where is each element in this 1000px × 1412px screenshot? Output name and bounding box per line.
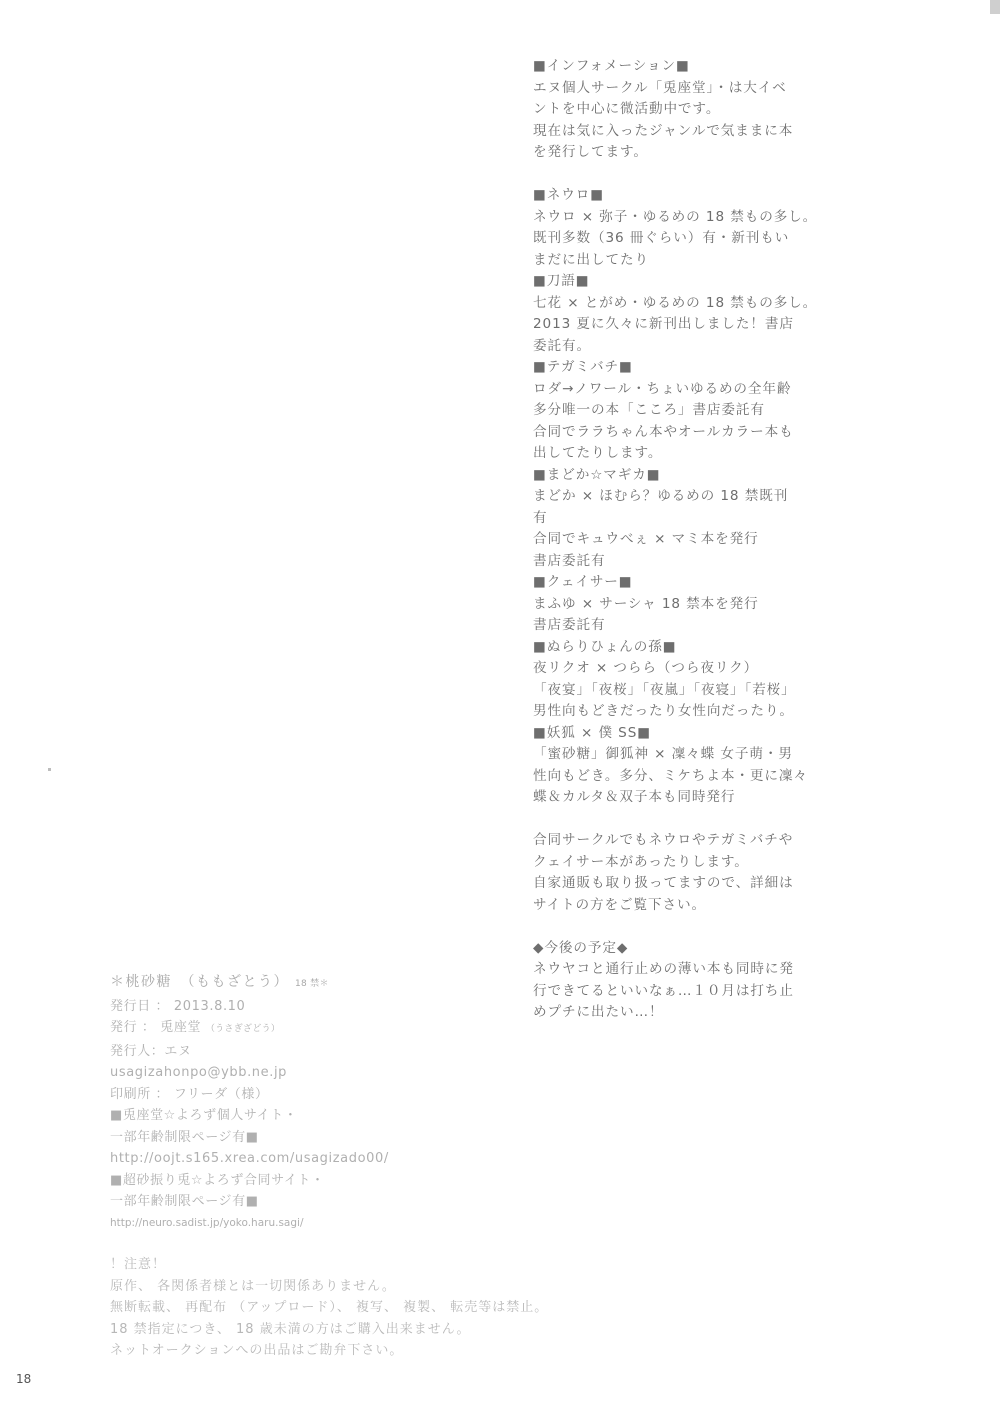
page-number: 18 (16, 1372, 31, 1386)
info-line: 男性向もどきだったり女性向だったり。 (533, 701, 863, 723)
colophon: ＊桃砂糖 （ももざとう） 18 禁＊ 発行日 ： 2013.8.10 発行 ： … (110, 972, 440, 1234)
section-heading: ■クェイサー■ (533, 572, 863, 594)
email-address[interactable]: usagizahonpo@ybb.ne.jp (110, 1062, 440, 1084)
spacer (533, 164, 863, 186)
info-line: ネウロ × 弥子・ゆるめの 18 禁もの多し。 (533, 207, 863, 229)
author: 発行人：エヌ (110, 1041, 440, 1063)
spacer (533, 809, 863, 831)
info-line: ロダ→ノワール・ちょいゆるめの全年齢 (533, 379, 863, 401)
notice-line: ネットオークションへの出品はご勘弁下さい。 (110, 1340, 710, 1362)
info-line: 合同でララちゃん本やオールカラー本も (533, 422, 863, 444)
spacer (533, 916, 863, 938)
rating-label: 18 禁＊ (295, 979, 329, 989)
publisher-name: 発行 ： 兎座堂 (110, 1020, 201, 1035)
notice-line: 18 禁指定につき、 18 歳未満の方はご購入出来ません。 (110, 1319, 710, 1341)
section-heading: ■まどか☆マギカ■ (533, 465, 863, 487)
info-line: 書店委託有 (533, 615, 863, 637)
scan-artifact (990, 0, 1000, 14)
section-heading: ■ネウロ■ (533, 185, 863, 207)
publisher-reading: （うさぎざどう） (206, 1024, 280, 1034)
info-line: 出してたりします。 (533, 443, 863, 465)
info-line: 「蜜砂糖」御狐神 × 凜々蝶 女子萌・男 (533, 744, 863, 766)
site2-label: ■超砂振り兎☆よろず合同サイト・ (110, 1170, 440, 1192)
info-line: 2013 夏に久々に新刊出しました！書店 (533, 314, 863, 336)
notice-line: 無断転載、 再配布 （アップロード）、 複写、 複製、 転売等は禁止。 (110, 1297, 710, 1319)
site2-label-cont: 一部年齢制限ページ有■ (110, 1191, 440, 1213)
info-line: 既刊多数（36 冊ぐらい）有・新刊もい (533, 228, 863, 250)
section-heading: ■妖狐 × 僕 SS■ (533, 723, 863, 745)
info-line: を発行してます。 (533, 142, 863, 164)
info-line: クェイサー本があったりします。 (533, 852, 863, 874)
info-line: 委託有。 (533, 336, 863, 358)
printer: 印刷所 ： フリーダ（様） (110, 1084, 440, 1106)
information-column: ■インフォメーション■エヌ個人サークル「兎座堂」・は大イベントを中心に微活動中で… (533, 56, 863, 1024)
book-title-text: ＊桃砂糖 （ももざとう） (110, 974, 289, 990)
info-line: 行できてるといいなぁ…１０月は打ち止 (533, 981, 863, 1003)
info-line: 性向もどき。多分、ミケちよ本・更に凜々 (533, 766, 863, 788)
section-heading: ■刀語■ (533, 271, 863, 293)
section-heading: ■インフォメーション■ (533, 56, 863, 78)
section-heading: ■テガミバチ■ (533, 357, 863, 379)
notice-section: ！注意！ 原作、 各関係者様とは一切関係ありません。 無断転載、 再配布 （アッ… (110, 1254, 710, 1362)
info-line: まだに出してたり (533, 250, 863, 272)
info-line: サイトの方をご覧下さい。 (533, 895, 863, 917)
info-line: まどか × ほむら？ゆるめの 18 禁既刊 (533, 486, 863, 508)
info-line: 自家通販も取り扱ってますので、詳細は (533, 873, 863, 895)
info-line: 夜リクオ × つらら（つら夜リク） (533, 658, 863, 680)
info-line: 「夜宴」「夜桜」「夜嵐」「夜寝」「若桜」 (533, 680, 863, 702)
info-line: めプチに出たい…！ (533, 1002, 863, 1024)
notice-line: 原作、 各関係者様とは一切関係ありません。 (110, 1276, 710, 1298)
issue-date: 発行日 ： 2013.8.10 (110, 996, 440, 1018)
site1-url[interactable]: http://oojt.s165.xrea.com/usagizado00/ (110, 1148, 440, 1170)
publisher: 発行 ： 兎座堂 （うさぎざどう） (110, 1017, 440, 1041)
info-line: 蝶＆カルタ＆双子本も同時発行 (533, 787, 863, 809)
info-line: ントを中心に微活動中です。 (533, 99, 863, 121)
section-heading: ◆今後の予定◆ (533, 938, 863, 960)
info-line: ネウヤコと通行止めの薄い本も同時に発 (533, 959, 863, 981)
site2-url[interactable]: http://neuro.sadist.jp/yoko.haru.sagi/ (110, 1213, 440, 1235)
site1-label: ■兎座堂☆よろず個人サイト・ (110, 1105, 440, 1127)
info-line: 現在は気に入ったジャンルで気ままに本 (533, 121, 863, 143)
site1-label-cont: 一部年齢制限ページ有■ (110, 1127, 440, 1149)
info-line: まふゆ × サーシャ 18 禁本を発行 (533, 594, 863, 616)
info-line: 合同サークルでもネウロやテガミバチや (533, 830, 863, 852)
info-line: 書店委託有 (533, 551, 863, 573)
info-line: 合同でキュウべぇ × マミ本を発行 (533, 529, 863, 551)
book-title: ＊桃砂糖 （ももざとう） 18 禁＊ (110, 972, 440, 996)
info-line: 七花 × とがめ・ゆるめの 18 禁もの多し。 (533, 293, 863, 315)
info-line: エヌ個人サークル「兎座堂」・は大イベ (533, 78, 863, 100)
scan-artifact (48, 768, 51, 771)
info-line: 有 (533, 508, 863, 530)
info-line: 多分唯一の本「こころ」書店委託有 (533, 400, 863, 422)
section-heading: ■ぬらりひょんの孫■ (533, 637, 863, 659)
notice-heading: ！注意！ (110, 1254, 710, 1276)
